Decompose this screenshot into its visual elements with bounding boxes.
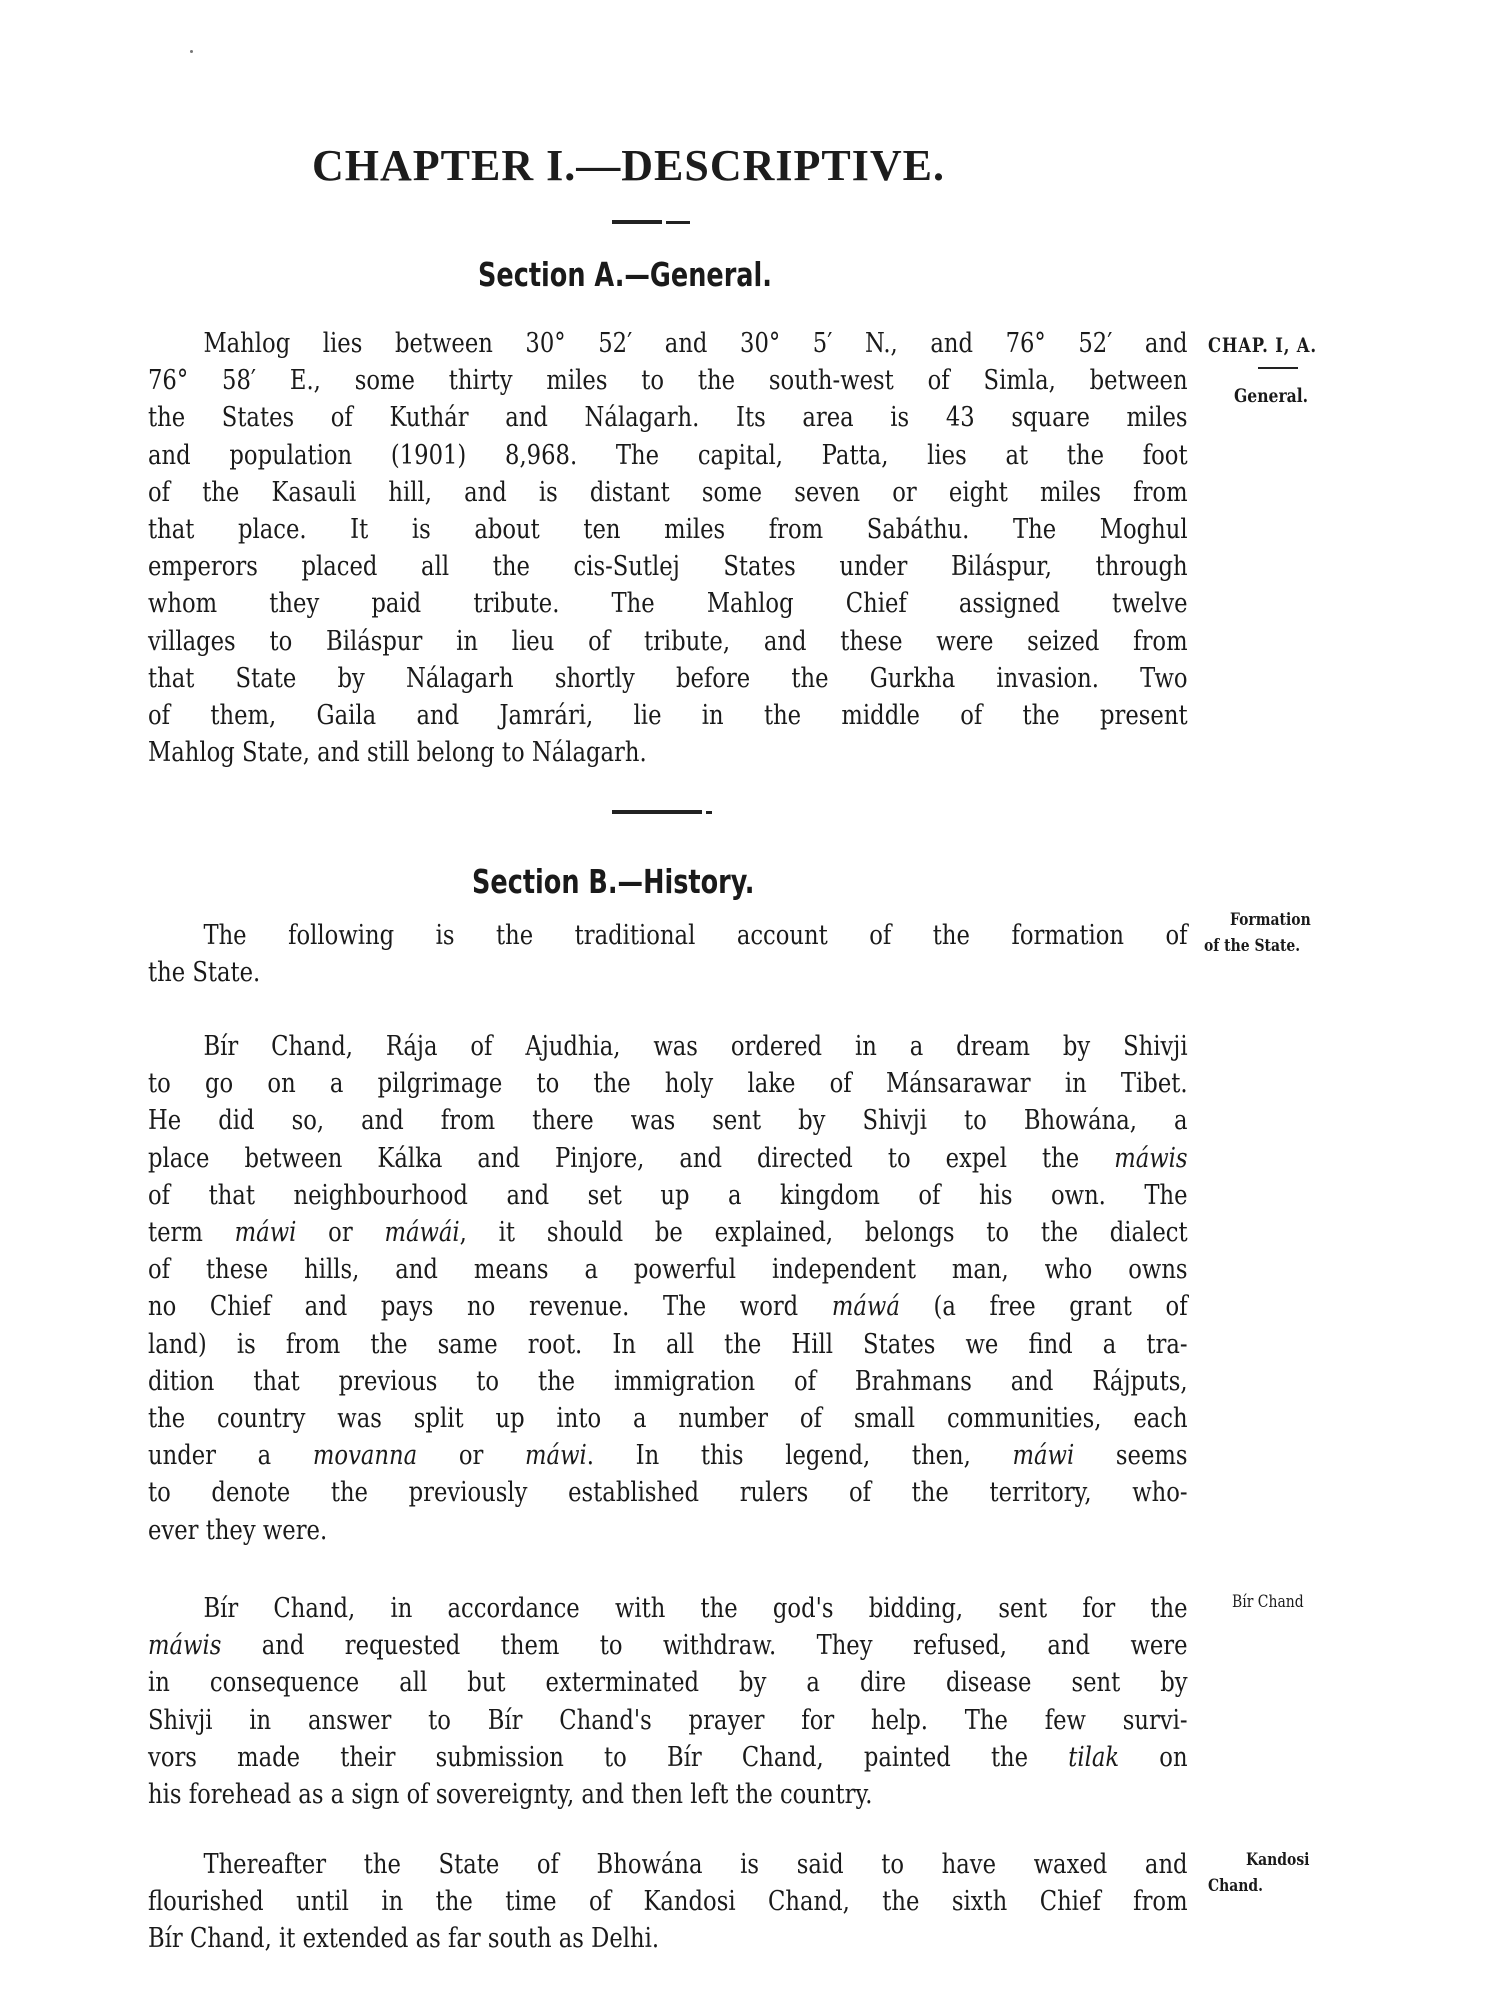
marginal-chand: Chand. [1208,1876,1263,1896]
marginal-formation: Formation [1230,910,1311,930]
text-line: that State by Nálagarh shortly before th… [148,660,1188,697]
section-a-heading: Section A.—General. [478,255,772,294]
text-line: ever they were. [148,1512,1188,1549]
text-line: of the Kasauli hill, and is distant some… [148,474,1188,511]
text-line: his forehead as a sign of sovereignty, a… [148,1776,1188,1813]
text-line: place between Kálka and Pinjore, and dir… [148,1140,1188,1177]
text-line: of them, Gaila and Jamrári, lie in the m… [148,697,1188,734]
text-line: under a movanna or máwi. In this legend,… [148,1437,1188,1474]
text-line: to go on a pilgrimage to the holy lake o… [148,1065,1188,1102]
marginal-kandosi: Kandosi [1246,1850,1309,1870]
section-b-paragraph-2: Bír Chand, Rája of Ajudhia, was ordered … [148,1028,1188,1549]
marginal-general: General. [1234,385,1308,407]
text-line: in consequence all but exterminated by a… [148,1664,1188,1701]
text-line: 76° 58′ E., some thirty miles to the sou… [148,362,1188,399]
text-line: emperors placed all the cis-Sutlej State… [148,548,1188,585]
text-line: the country was split up into a number o… [148,1400,1188,1437]
text-line: máwis and requested them to withdraw. Th… [148,1627,1188,1664]
text-line: dition that previous to the immigration … [148,1363,1188,1400]
text-line: Bír Chand, in accordance with the god's … [148,1590,1188,1627]
scan-speck [190,50,193,53]
text-line: villages to Biláspur in lieu of tribute,… [148,623,1188,660]
text-line: Mahlog lies between 30° 52′ and 30° 5′ N… [148,325,1188,362]
text-line: to denote the previously established rul… [148,1474,1188,1511]
italic-term: máwi [525,1440,587,1471]
italic-term: movanna [313,1440,417,1471]
italic-term: máwi [235,1217,297,1248]
text-line: of these hills, and means a powerful ind… [148,1251,1188,1288]
section-b-paragraph-4: Thereafter the State of Bhowána is said … [148,1846,1188,1958]
marginal-of-the-state: of the State. [1204,936,1300,956]
marginal-chapter-ref: CHAP. I, A. [1208,333,1317,357]
text-line: no Chief and pays no revenue. The word m… [148,1288,1188,1325]
text-line: of that neighbourhood and set up a kingd… [148,1177,1188,1214]
section-divider [612,810,702,814]
text-line: Shivji in answer to Bír Chand's prayer f… [148,1702,1188,1739]
text-line: the States of Kuthár and Nálagarh. Its a… [148,399,1188,436]
section-b-intro: The following is the traditional account… [148,917,1188,991]
marginal-rule [1258,367,1298,369]
text-line: and population (1901) 8,968. The capital… [148,437,1188,474]
title-divider-tail [666,221,690,224]
italic-term: máwis [1114,1143,1187,1174]
italic-term: máwi [1013,1440,1075,1471]
text-line: Mahlog State, and still belong to Nálaga… [148,734,1188,771]
text-line: land) is from the same root. In all the … [148,1326,1188,1363]
chapter-title: CHAPTER I.—DESCRIPTIVE. [312,140,1032,191]
text-line: flourished until in the time of Kandosi … [148,1883,1188,1920]
text-line: He did so, and from there was sent by Sh… [148,1102,1188,1139]
text-line: Bír Chand, it extended as far south as D… [148,1920,1188,1957]
text-line: term máwi or máwái, it should be explain… [148,1214,1188,1251]
section-a-paragraph: Mahlog lies between 30° 52′ and 30° 5′ N… [148,325,1188,771]
text-line: The following is the traditional account… [148,917,1188,954]
text-line: Thereafter the State of Bhowána is said … [148,1846,1188,1883]
italic-term: máwis [148,1630,221,1661]
title-divider [612,220,662,224]
section-b-paragraph-3: Bír Chand, in accordance with the god's … [148,1590,1188,1813]
text-line: vors made their submission to Bír Chand,… [148,1739,1188,1776]
section-b-heading: Section B.—History. [472,862,755,901]
text-line: Bír Chand, Rája of Ajudhia, was ordered … [148,1028,1188,1065]
italic-term: máwái [384,1217,459,1248]
italic-term: máwá [832,1291,900,1322]
italic-term: tilak [1068,1742,1119,1773]
text-line: that place. It is about ten miles from S… [148,511,1188,548]
text-line: whom they paid tribute. The Mahlog Chief… [148,585,1188,622]
text-line: the State. [148,954,1188,991]
section-divider-tail [706,811,712,814]
marginal-bir-chand: Bír Chand [1232,1592,1304,1612]
